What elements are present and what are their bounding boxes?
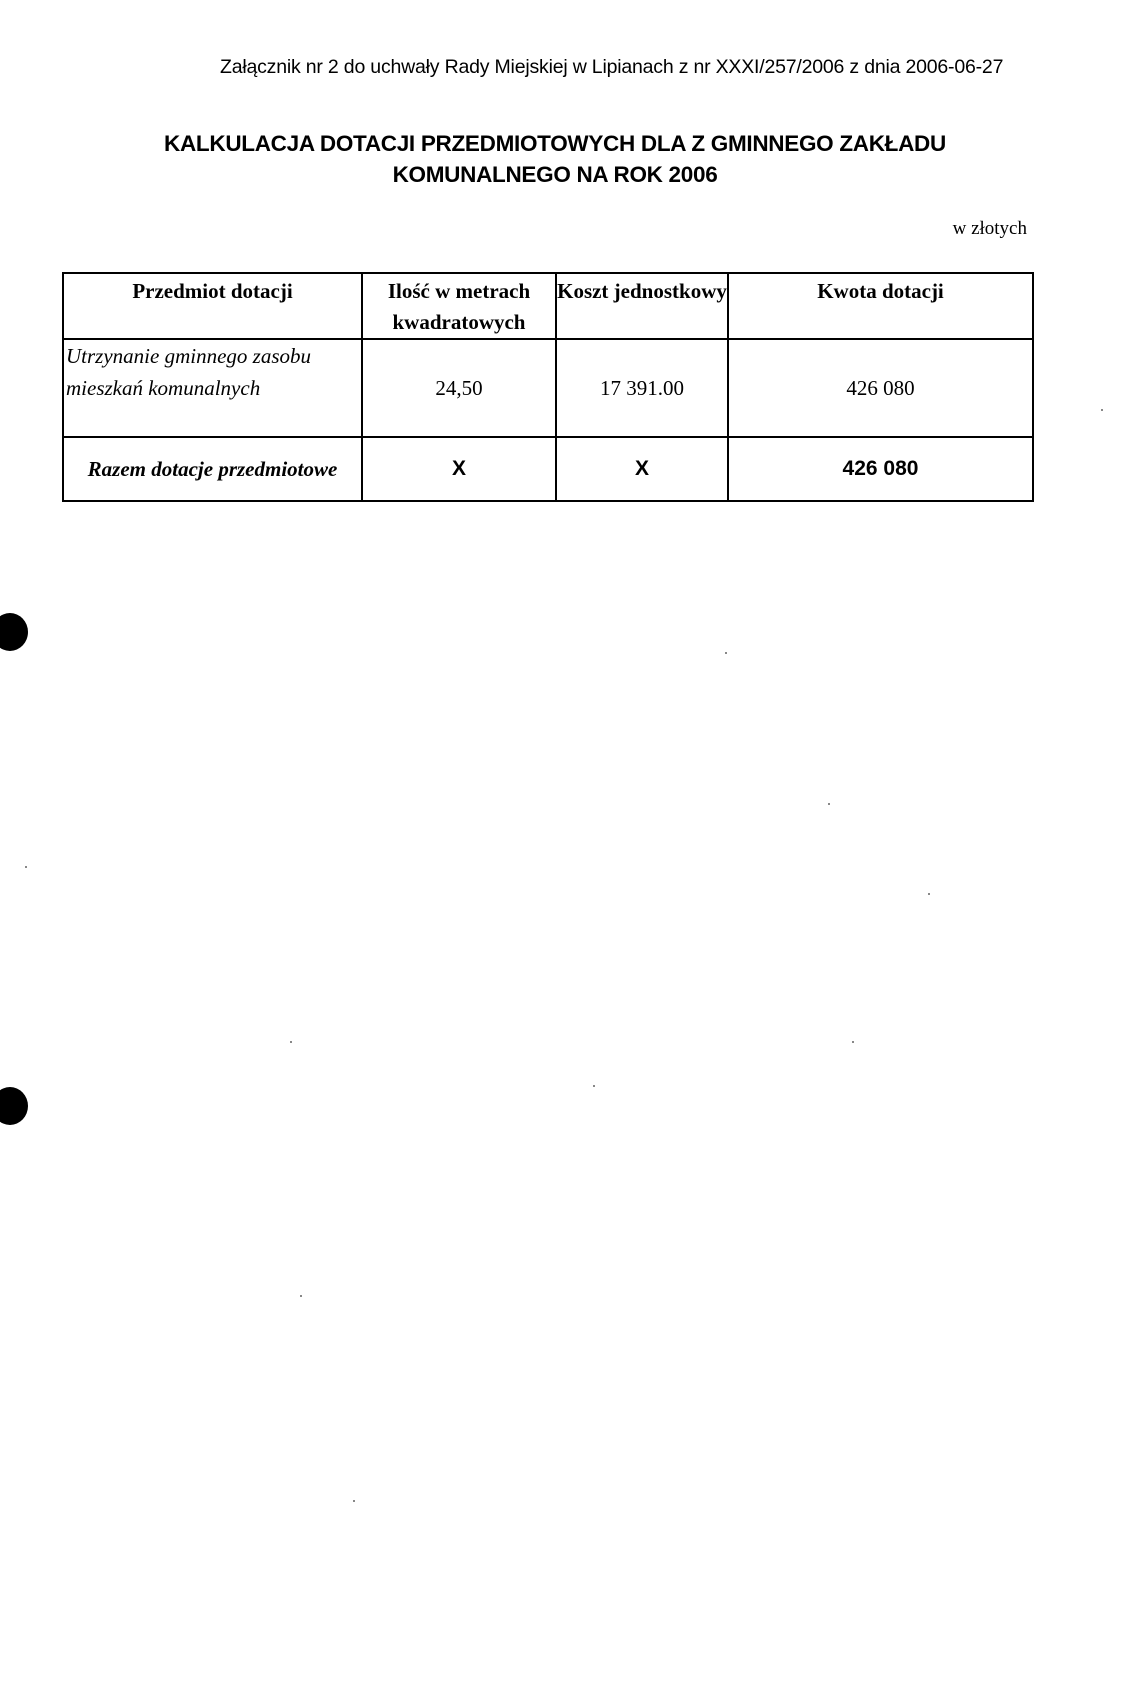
column-header-amount: Kwota dotacji	[728, 273, 1033, 339]
scan-speck	[290, 1041, 292, 1043]
table-header-row: Przedmiot dotacji Ilość w metrach kwadra…	[63, 273, 1033, 339]
column-header-unit-cost: Koszt jednostkowy	[556, 273, 728, 339]
scan-speck	[300, 1295, 302, 1297]
scan-speck	[353, 1500, 355, 1502]
title-line-2: KOMUNALNEGO NA ROK 2006	[90, 159, 1020, 190]
scan-speck	[725, 652, 727, 654]
row-area: 24,50	[362, 339, 556, 437]
total-label: Razem dotacje przedmiotowe	[63, 437, 362, 501]
scan-speck	[928, 893, 930, 895]
column-header-area: Ilość w metrach kwadratowych	[362, 273, 556, 339]
scan-speck	[828, 803, 830, 805]
table-row: Utrzynanie gminnego zasobu mieszkań komu…	[63, 339, 1033, 437]
scan-speck	[25, 866, 27, 868]
total-amount: 426 080	[728, 437, 1033, 501]
title-line-1: KALKULACJA DOTACJI PRZEDMIOTOWYCH DLA Z …	[90, 128, 1020, 159]
total-unit-cost: X	[556, 437, 728, 501]
scan-speck	[593, 1085, 595, 1087]
row-unit-cost: 17 391.00	[556, 339, 728, 437]
row-subject: Utrzynanie gminnego zasobu mieszkań komu…	[63, 339, 362, 437]
row-amount: 426 080	[728, 339, 1033, 437]
document-title: KALKULACJA DOTACJI PRZEDMIOTOWYCH DLA Z …	[90, 128, 1020, 190]
scan-speck	[852, 1041, 854, 1043]
total-area: X	[362, 437, 556, 501]
punch-hole-mark	[0, 613, 28, 651]
scan-speck	[1101, 409, 1103, 411]
currency-unit-note: w złotych	[900, 218, 1027, 240]
attachment-header: Załącznik nr 2 do uchwały Rady Miejskiej…	[220, 56, 1065, 79]
subsidy-calculation-table: Przedmiot dotacji Ilość w metrach kwadra…	[62, 272, 1034, 502]
table-total-row: Razem dotacje przedmiotowe X X 426 080	[63, 437, 1033, 501]
punch-hole-mark	[0, 1087, 28, 1125]
column-header-subject: Przedmiot dotacji	[63, 273, 362, 339]
